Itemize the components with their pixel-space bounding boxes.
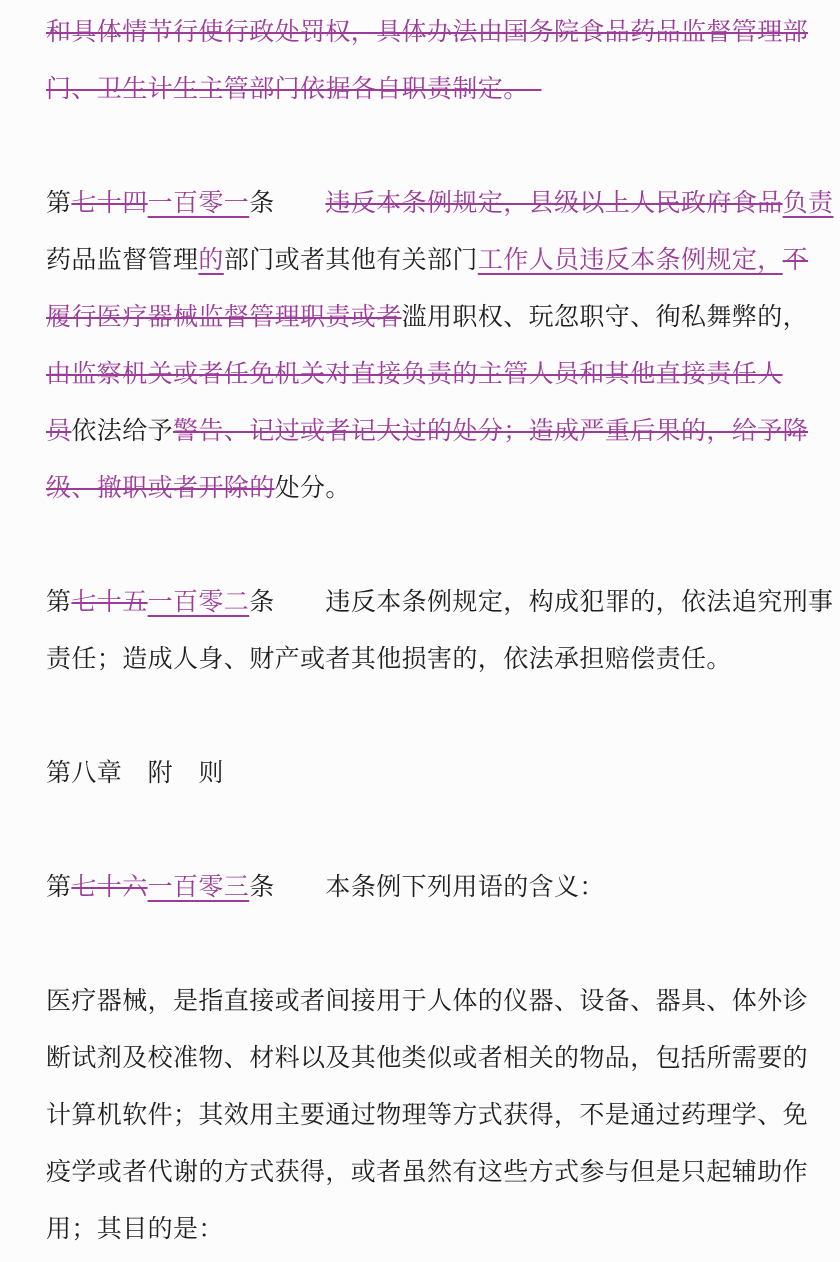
text-line: 第七十四一百零一条 违反本条例规定，县级以上人民政府食品负责: [46, 175, 800, 232]
paragraph: 第八章 附 则: [46, 745, 800, 802]
text-line: 由监察机关或者任免机关对直接负责的主管人员和其他直接责任人: [46, 346, 800, 403]
body-text: 医疗器械，是指直接或者间接用于人体的仪器、设备、器具、体外诊: [46, 988, 808, 1015]
body-text: 本条例下列用语的含义：: [325, 874, 604, 901]
body-text: 条: [249, 874, 325, 901]
body-text: 第: [46, 874, 71, 901]
body-text: 部门或者其他有关部门: [224, 247, 478, 274]
inserted-text: 一百零一: [148, 190, 250, 217]
deleted-text: 七十四: [71, 190, 147, 217]
text-line: 医疗器械，是指直接或者间接用于人体的仪器、设备、器具、体外诊: [46, 973, 800, 1030]
body-text: 第八章 附 则: [46, 760, 224, 787]
deleted-text: 违反本条例规定，县级以上人民政府食品: [325, 190, 782, 217]
deleted-text: 门、卫生计生主管部门依据各自职责制定。: [46, 76, 542, 103]
deleted-text: 员: [46, 418, 71, 445]
deleted-text: 七十五: [71, 589, 147, 616]
body-text: 违反本条例规定，构成犯罪的，依法追究刑事: [325, 589, 833, 616]
paragraph: 第七十六一百零三条 本条例下列用语的含义：: [46, 859, 800, 916]
inserted-text: 工作人员违反本条例规定，: [478, 247, 783, 274]
paragraph: 和具体情节行使行政处罚权，具体办法由国务院食品药品监督管理部门、卫生计生主管部门…: [46, 4, 800, 118]
deleted-text: 级、撤职或者开除的: [46, 475, 275, 502]
text-line: 断试剂及校准物、材料以及其他类似或者相关的物品，包括所需要的: [46, 1030, 800, 1087]
inserted-text: 的: [198, 247, 223, 274]
text-line: 疫学或者代谢的方式获得，或者虽然有这些方式参与但是只起辅助作: [46, 1144, 800, 1201]
document-page: 和具体情节行使行政处罚权，具体办法由国务院食品药品监督管理部门、卫生计生主管部门…: [0, 0, 840, 1262]
text-line: 和具体情节行使行政处罚权，具体办法由国务院食品药品监督管理部: [46, 4, 800, 61]
body-text: 第: [46, 589, 71, 616]
text-line: 级、撤职或者开除的处分。: [46, 460, 800, 517]
deleted-text: 履行医疗器械监督管理职责或者: [46, 304, 402, 331]
body-text: 滥用职权、玩忽职守、徇私舞弊的，: [402, 304, 808, 331]
text-line: 第八章 附 则: [46, 745, 800, 802]
text-line: 药品监督管理的部门或者其他有关部门工作人员违反本条例规定，不: [46, 232, 800, 289]
deleted-text: 和具体情节行使行政处罚权，具体办法由国务院食品药品监督管理部: [46, 19, 808, 46]
body-text: 疫学或者代谢的方式获得，或者虽然有这些方式参与但是只起辅助作: [46, 1159, 808, 1186]
inserted-text: 一百零二: [148, 589, 250, 616]
text-line: 员依法给予警告、记过或者记大过的处分；造成严重后果的，给予降: [46, 403, 800, 460]
body-text: 断试剂及校准物、材料以及其他类似或者相关的物品，包括所需要的: [46, 1045, 808, 1072]
text-line: 第七十五一百零二条 违反本条例规定，构成犯罪的，依法追究刑事: [46, 574, 800, 631]
body-text: 依法给予: [71, 418, 173, 445]
text-line: 责任；造成人身、财产或者其他损害的，依法承担赔偿责任。: [46, 631, 800, 688]
paragraph: 第七十四一百零一条 违反本条例规定，县级以上人民政府食品负责药品监督管理的部门或…: [46, 175, 800, 517]
inserted-text: 一百零三: [148, 874, 250, 901]
body-text: 计算机软件；其效用主要通过物理等方式获得，不是通过药理学、免: [46, 1102, 808, 1129]
paragraph: 医疗器械，是指直接或者间接用于人体的仪器、设备、器具、体外诊断试剂及校准物、材料…: [46, 973, 800, 1258]
deleted-text: 由监察机关或者任免机关对直接负责的主管人员和其他直接责任人: [46, 361, 783, 388]
text-line: 履行医疗器械监督管理职责或者滥用职权、玩忽职守、徇私舞弊的，: [46, 289, 800, 346]
paragraph: 第七十五一百零二条 违反本条例规定，构成犯罪的，依法追究刑事责任；造成人身、财产…: [46, 574, 800, 688]
body-text: 第: [46, 190, 71, 217]
deleted-text: 不: [783, 247, 808, 274]
text-line: 第七十六一百零三条 本条例下列用语的含义：: [46, 859, 800, 916]
body-text: 责任；造成人身、财产或者其他损害的，依法承担赔偿责任。: [46, 646, 732, 673]
deleted-text: 警告、记过或者记大过的处分；造成严重后果的，给予降: [173, 418, 808, 445]
body-text: 药品监督管理: [46, 247, 198, 274]
body-text: 条: [249, 190, 325, 217]
deleted-text: 七十六: [71, 874, 147, 901]
body-text: 条: [249, 589, 325, 616]
body-text: 用；其目的是：: [46, 1216, 224, 1243]
body-text: 处分。: [275, 475, 351, 502]
inserted-text: 负责: [783, 190, 834, 217]
text-line: 门、卫生计生主管部门依据各自职责制定。: [46, 61, 800, 118]
text-line: 用；其目的是：: [46, 1201, 800, 1258]
text-line: 计算机软件；其效用主要通过物理等方式获得，不是通过药理学、免: [46, 1087, 800, 1144]
